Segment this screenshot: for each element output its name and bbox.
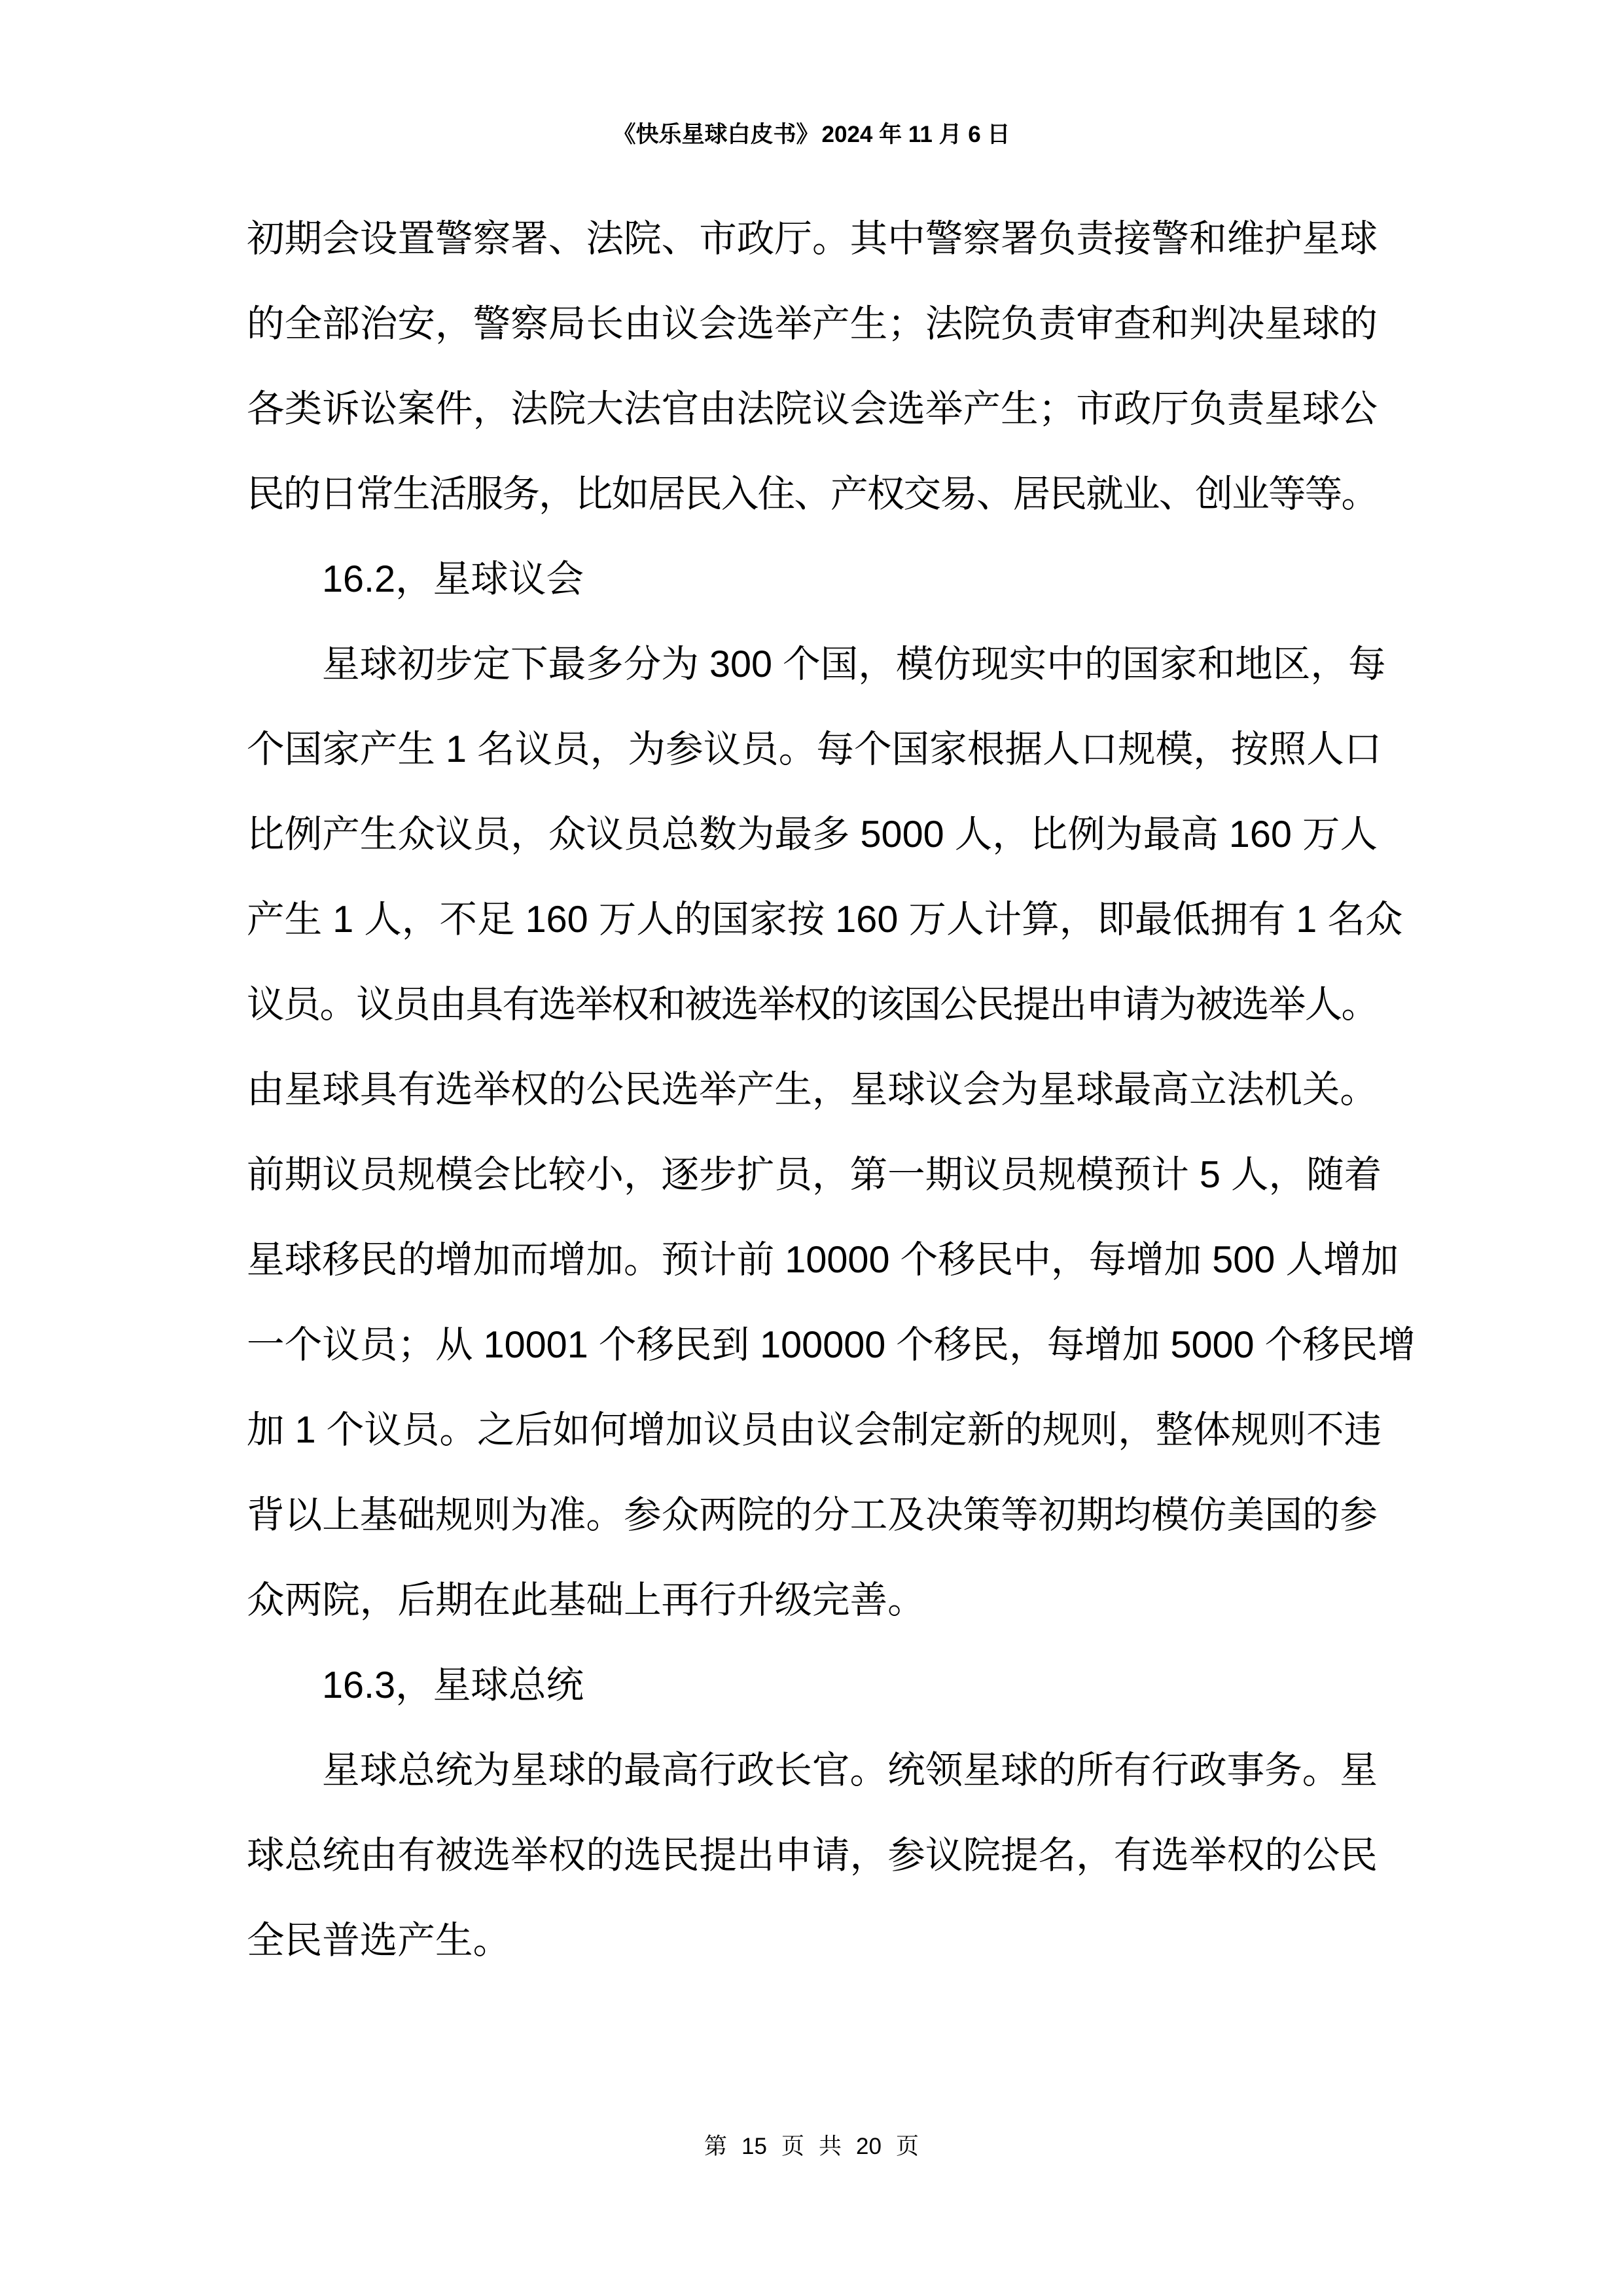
footer-suffix: 页 [896,2134,919,2159]
body-line: 星球移民的增加而增加。预计前 10000 个移民中，每增加 500 人增加 [247,1217,1378,1302]
section-heading: 16.2，星球议会 [247,537,1378,622]
document-title: 《快乐星球白皮书》 [613,122,819,147]
current-page-number: 15 [741,2134,767,2159]
page-footer: 第15页共20页 [0,2127,1623,2166]
body-line: 由星球具有选举权的公民选举产生，星球议会为星球最高立法机关。 [247,1047,1378,1132]
body-line: 初期会设置警察署、法院、市政厅。其中警察署负责接警和维护星球 [247,196,1378,281]
body-line: 球总统由有被选举权的选民提出申请，参议院提名，有选举权的公民 [247,1813,1378,1898]
body-line: 一个议员；从 10001 个移民到 100000 个移民，每增加 5000 个移… [247,1302,1378,1388]
body-line: 个国家产生 1 名议员，为参议员。每个国家根据人口规模，按照人口 [247,707,1378,792]
footer-total-prefix: 共 [819,2134,842,2159]
body-line: 民的日常生活服务，比如居民入住、产权交易、居民就业、创业等等。 [247,452,1378,537]
body-line: 产生 1 人，不足 160 万人的国家按 160 万人计算，即最低拥有 1 名众 [247,877,1378,962]
document-date: 2024 年 11 月 6 日 [822,122,1010,147]
body-line: 众两院，后期在此基础上再行升级完善。 [247,1558,1378,1643]
total-pages-number: 20 [856,2134,882,2159]
page-header: 《快乐星球白皮书》2024 年 11 月 6 日 [0,115,1623,154]
document-page: 《快乐星球白皮书》2024 年 11 月 6 日 初期会设置警察署、法院、市政厅… [0,0,1623,2296]
body-line: 比例产生众议员，众议员总数为最多 5000 人，比例为最高 160 万人 [247,792,1378,877]
footer-prefix: 第 [704,2134,727,2159]
body-line: 的全部治安，警察局长由议会选举产生；法院负责审查和判决星球的 [247,281,1378,367]
body-line: 星球初步定下最多分为 300 个国，模仿现实中的国家和地区，每 [247,622,1378,707]
body-line: 前期议员规模会比较小，逐步扩员，第一期议员规模预计 5 人，随着 [247,1132,1378,1217]
body-line: 背以上基础规则为准。参众两院的分工及决策等初期均模仿美国的参 [247,1473,1378,1558]
body-line: 星球总统为星球的最高行政长官。统领星球的所有行政事务。星 [247,1728,1378,1813]
section-heading: 16.3，星球总统 [247,1643,1378,1728]
body-line: 议员。议员由具有选举权和被选举权的该国公民提出申请为被选举人。 [247,962,1378,1047]
body-line: 全民普选产生。 [247,1898,1378,1983]
footer-page-word: 页 [781,2134,804,2159]
body-line: 各类诉讼案件，法院大法官由法院议会选举产生；市政厅负责星球公 [247,367,1378,452]
body-line: 加 1 个议员。之后如何增加议员由议会制定新的规则，整体规则不违 [247,1388,1378,1473]
